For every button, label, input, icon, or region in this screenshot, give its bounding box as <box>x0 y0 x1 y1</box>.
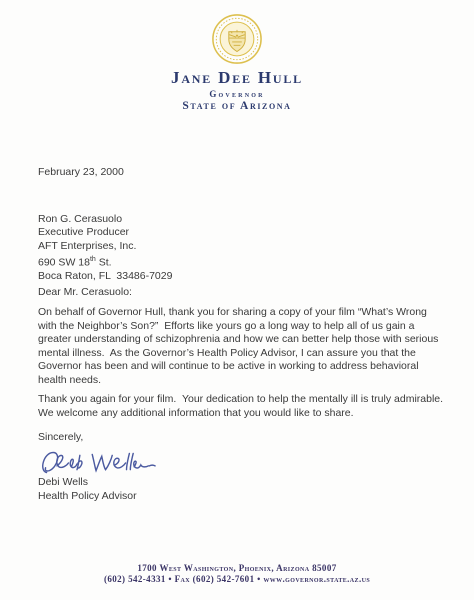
footer-address: 1700 West Washington, Phoenix, Arizona 8… <box>0 563 474 574</box>
governor-title: Governor <box>0 89 474 99</box>
footer-contact: (602) 542-4331 • Fax (602) 542-7601 • ww… <box>0 574 474 585</box>
recipient-name: Ron G. Cerasuolo <box>38 213 172 226</box>
body-paragraph-1: On behalf of Governor Hull, thank you fo… <box>38 306 474 387</box>
scanned-letter-page: Jane Dee Hull Governor State of Arizona … <box>0 0 474 600</box>
recipient-company: AFT Enterprises, Inc. <box>38 240 172 253</box>
governor-name: Jane Dee Hull <box>0 68 474 88</box>
closing: Sincerely, <box>38 431 83 443</box>
street-number: 690 SW 18 <box>38 257 90 269</box>
street-suffix: St. <box>96 257 112 269</box>
recipient-city-line: Boca Raton, FL 33486-7029 <box>38 270 172 283</box>
typed-signer-name: Debi Wells <box>38 476 88 488</box>
body-paragraph-2: Thank you again for your film. Your dedi… <box>38 393 474 420</box>
typed-signer-title: Health Policy Advisor <box>38 490 137 502</box>
salutation: Dear Mr. Cerasuolo: <box>38 286 132 298</box>
arizona-state-seal-icon <box>0 13 474 65</box>
governor-org: State of Arizona <box>0 100 474 112</box>
letterhead: Jane Dee Hull Governor State of Arizona <box>0 13 474 112</box>
letter-date: February 23, 2000 <box>38 166 124 178</box>
recipient-title: Executive Producer <box>38 226 172 239</box>
recipient-street: 690 SW 18th St. <box>38 253 172 270</box>
letterhead-footer: 1700 West Washington, Phoenix, Arizona 8… <box>0 563 474 585</box>
recipient-address-block: Ron G. Cerasuolo Executive Producer AFT … <box>38 213 172 284</box>
